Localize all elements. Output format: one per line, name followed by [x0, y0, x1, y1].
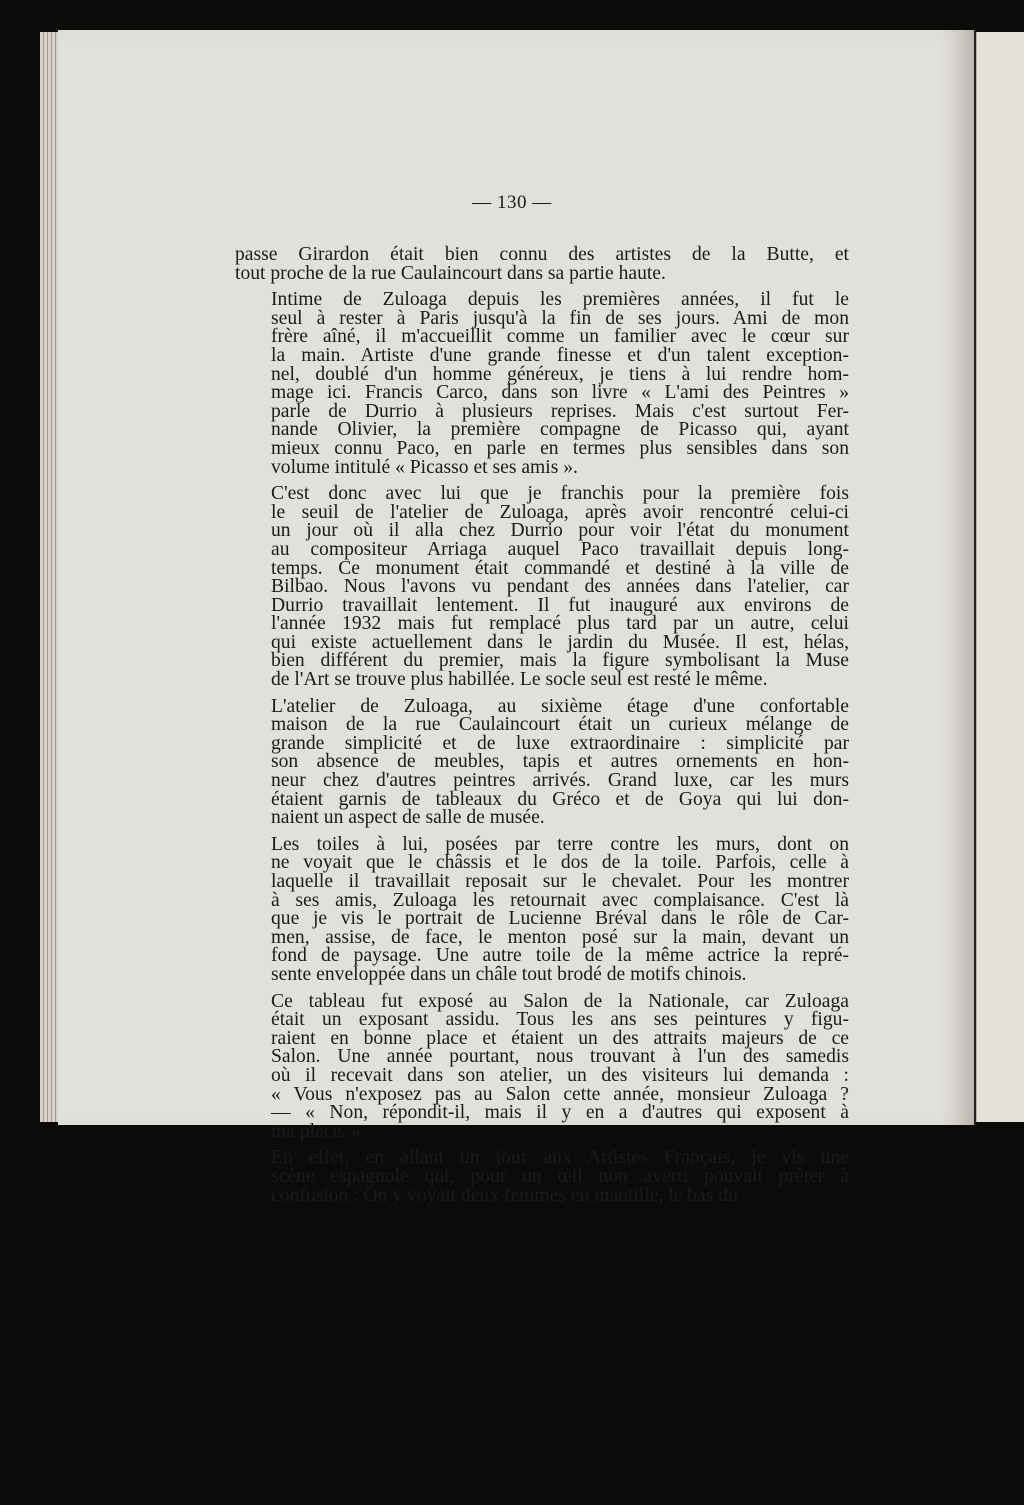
text-line: passe Girardon était bien connu des arti… [235, 246, 849, 265]
text-line: Bilbao. Nous l'avons vu pendant des anné… [235, 578, 849, 597]
page-number: — 130 — [0, 192, 1024, 214]
text-line: confusion : On y voyait deux femmes en m… [235, 1187, 849, 1206]
text-line: — « Non, répondit-il, mais il y en a d'a… [235, 1104, 849, 1123]
text-line: naient un aspect de salle de musée. [235, 809, 849, 828]
paragraph: passe Girardon était bien connu des arti… [235, 246, 849, 283]
text-line: où il recevait dans son atelier, un des … [235, 1067, 849, 1086]
paragraph: En effet, en allant un jour aux Artistes… [235, 1149, 849, 1205]
text-line: volume intitulé « Picasso et ses amis ». [235, 459, 849, 478]
text-line: scène espagnole qui, pour un œil non ave… [235, 1168, 849, 1187]
body-text: passe Girardon était bien connu des arti… [235, 246, 849, 1213]
paragraph: Intime de Zuloaga depuis les premières a… [235, 291, 849, 477]
text-line: mieux connu Paco, en parle en termes plu… [235, 440, 849, 459]
text-line: laquelle il travaillait reposait sur le … [235, 873, 849, 892]
paragraph: Les toiles à lui, posées par terre contr… [235, 836, 849, 985]
text-line: sente enveloppée dans un châle tout brod… [235, 966, 849, 985]
text-line: neur chez d'autres peintres arrivés. Gra… [235, 772, 849, 791]
text-line: la main. Artiste d'une grande finesse et… [235, 347, 849, 366]
text-line: tout proche de la rue Caulaincourt dans … [235, 265, 849, 284]
paragraph: L'atelier de Zuloaga, au sixième étage d… [235, 698, 849, 828]
text-line: était un exposant assidu. Tous les ans s… [235, 1011, 849, 1030]
text-line: au compositeur Arriaga auquel Paco trava… [235, 541, 849, 560]
text-line: Intime de Zuloaga depuis les premières a… [235, 291, 849, 310]
text-line: que je vis le portrait de Lucienne Bréva… [235, 910, 849, 929]
text-line: de l'Art se trouve plus habillée. Le soc… [235, 671, 849, 690]
text-line: ma place. » [235, 1123, 849, 1142]
text-line: C'est donc avec lui que je franchis pour… [235, 485, 849, 504]
paragraph: C'est donc avec lui que je franchis pour… [235, 485, 849, 690]
text-line: mage ici. Francis Carco, dans son livre … [235, 384, 849, 403]
paragraph: Ce tableau fut exposé au Salon de la Nat… [235, 993, 849, 1142]
